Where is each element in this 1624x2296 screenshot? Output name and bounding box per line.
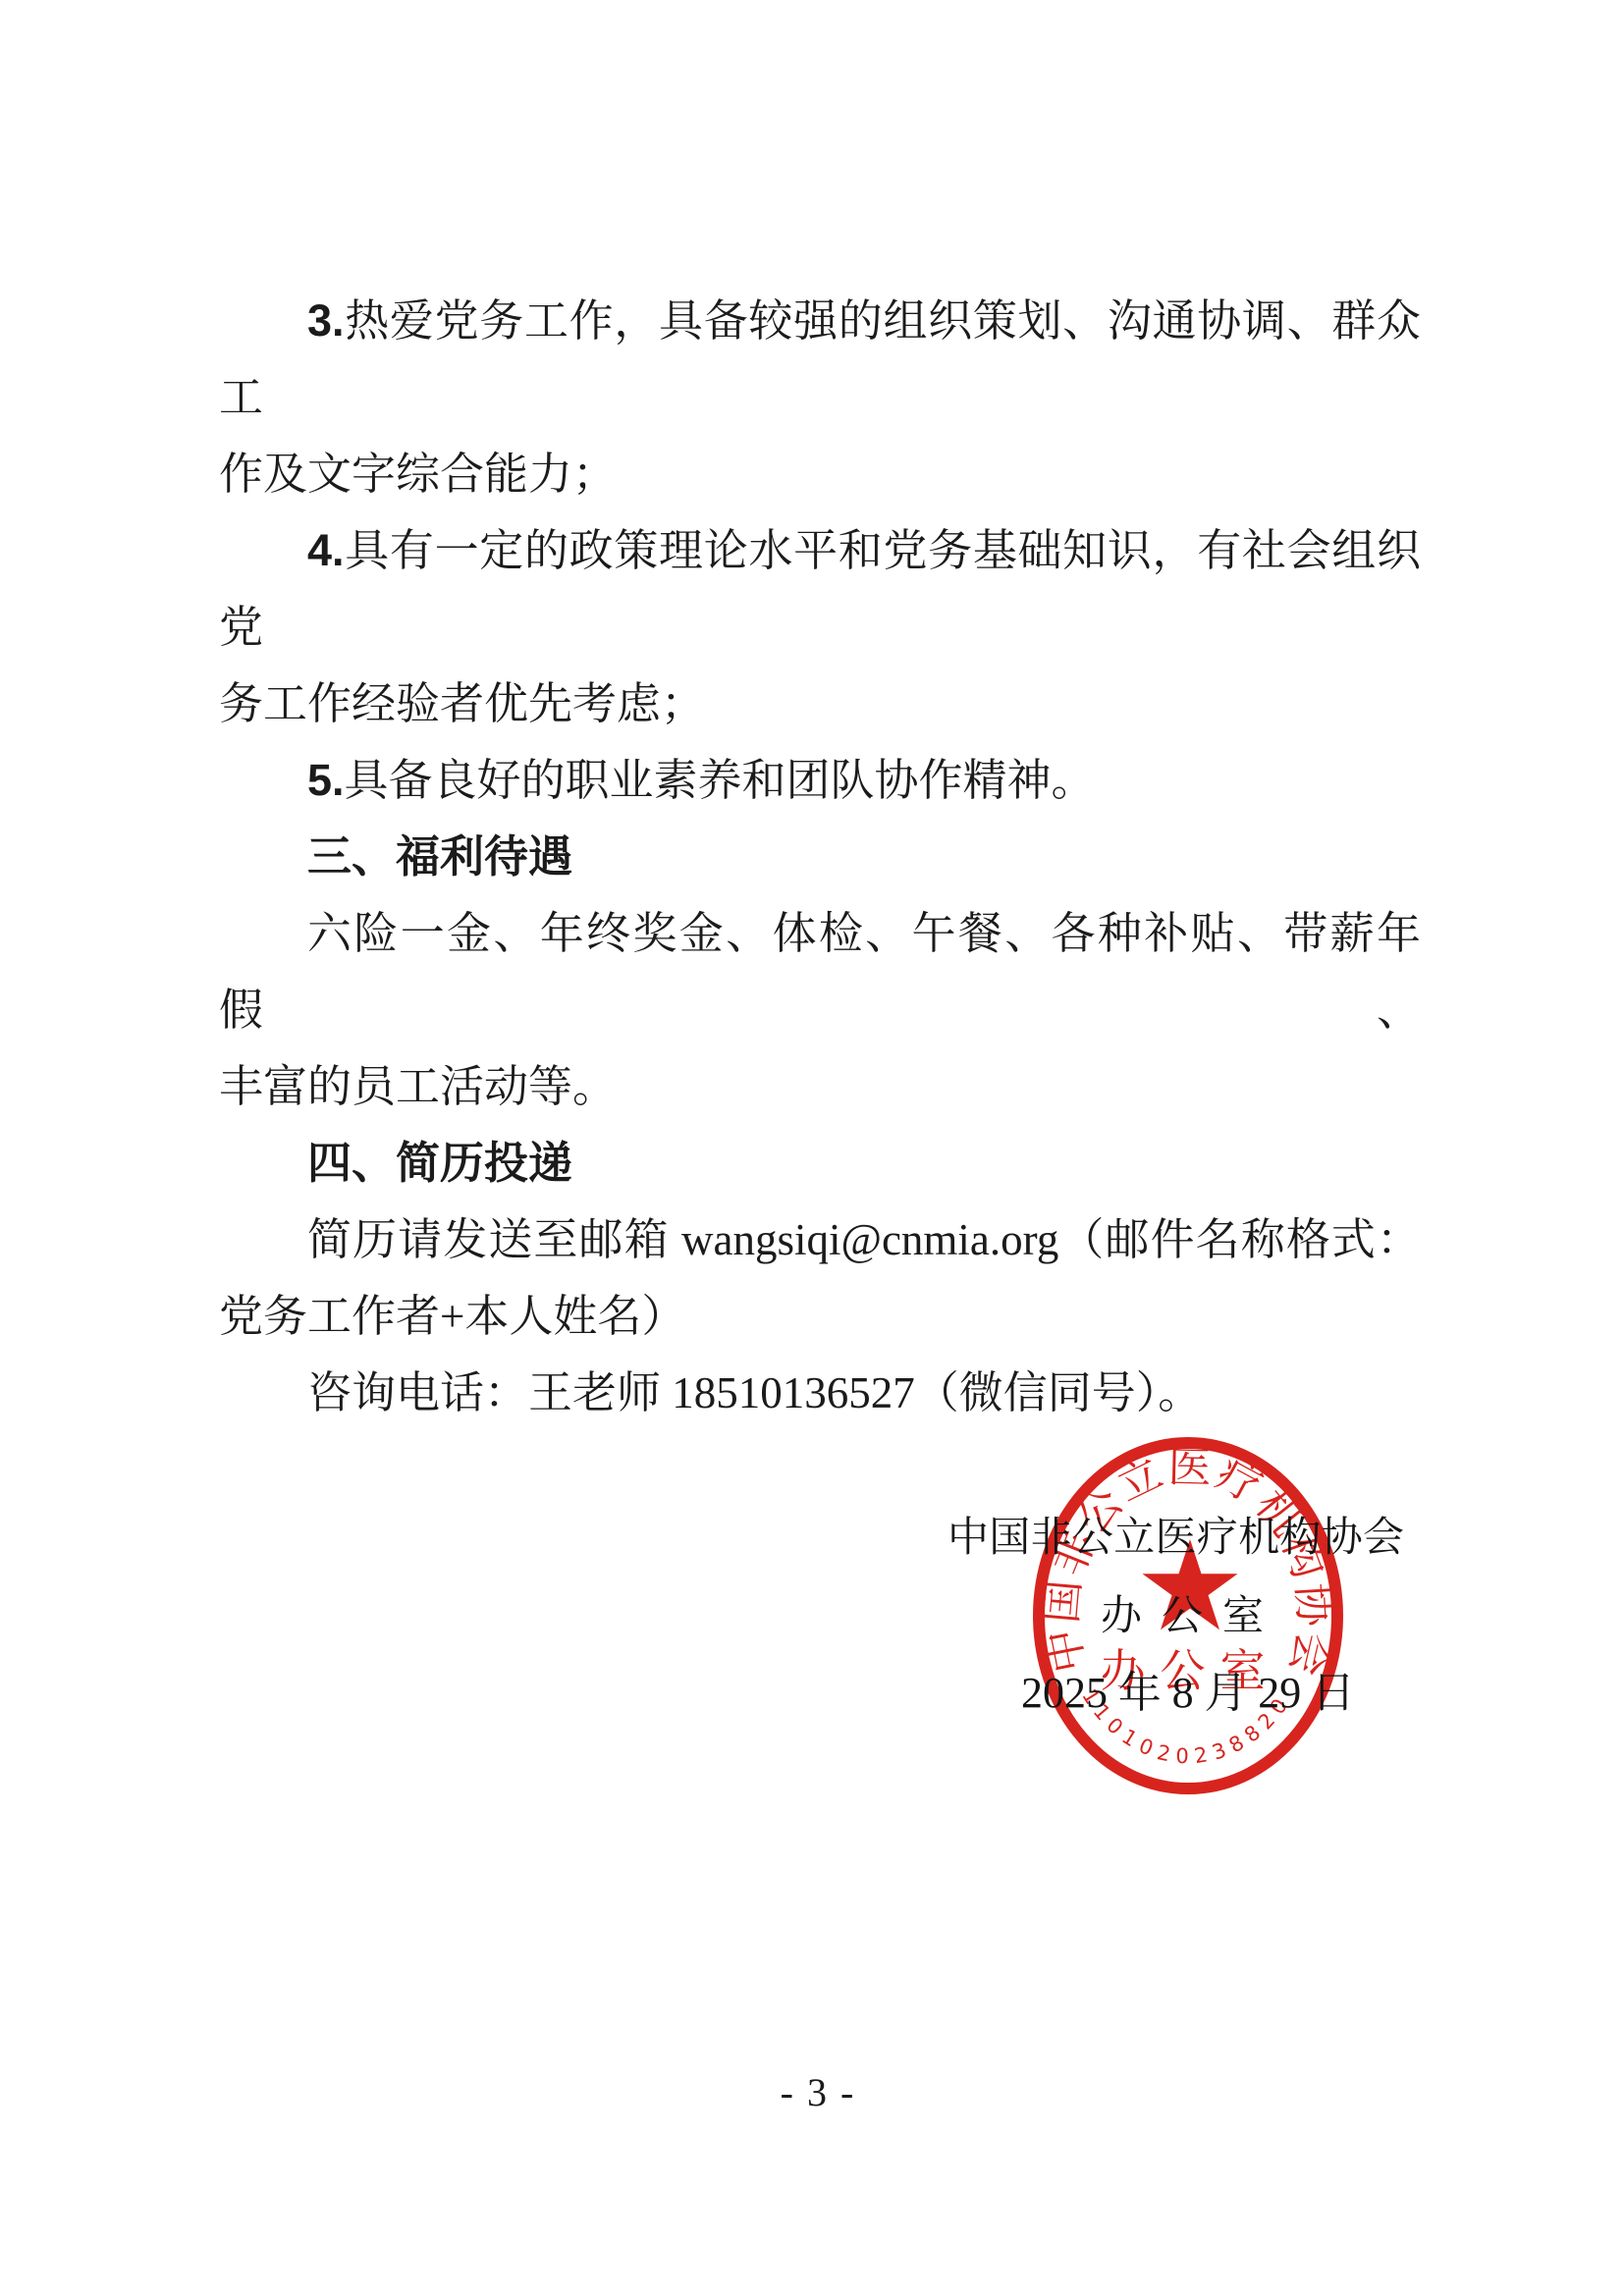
body-line-text: 作及文字综合能力； xyxy=(219,450,617,499)
body-line: 5.具备良好的职业素养和团队协作精神。 xyxy=(219,742,1421,819)
list-number: 4. xyxy=(307,525,345,575)
section-heading-welfare: 三、福利待遇 xyxy=(219,819,1421,895)
date-part: 2025 xyxy=(1021,1667,1108,1720)
page-number: - 3 - xyxy=(744,2069,892,2116)
body-line-text: 具备良好的职业素养和团队协作精神。 xyxy=(345,756,1096,805)
body-line: 党务工作者+本人姓名） xyxy=(219,1278,1421,1355)
signature-office: 办 公 室 xyxy=(1101,1592,1264,1641)
body-line: 咨询电话：王老师 18510136527（微信同号）。 xyxy=(219,1355,1421,1431)
date-part: 年 xyxy=(1118,1667,1162,1720)
signature-office-char: 公 xyxy=(1162,1592,1203,1641)
heading-text: 三、福利待遇 xyxy=(307,831,572,881)
body-line-text: 热爱党务工作，具备较强的组织策划、沟通协调、群众工 xyxy=(219,296,1421,422)
body-line: 4.具有一定的政策理论水平和党务基础知识，有社会组织党 xyxy=(219,512,1421,666)
body-line: 3.热爱党务工作，具备较强的组织策划、沟通协调、群众工 xyxy=(219,283,1421,436)
date-part: 日 xyxy=(1312,1667,1355,1720)
body-line: 简历请发送至邮箱 wangsiqi@cnmia.org（邮件名称格式： xyxy=(219,1201,1421,1278)
body-line-text: 党务工作者+本人姓名） xyxy=(219,1292,685,1341)
list-number: 5. xyxy=(307,755,345,805)
section-heading-resume: 四、简历投递 xyxy=(219,1125,1421,1201)
body-line-text: 丰富的员工活动等。 xyxy=(219,1062,617,1111)
list-number: 3. xyxy=(307,295,345,346)
body-line-text: 简历请发送至邮箱 wangsiqi@cnmia.org（邮件名称格式： xyxy=(307,1215,1421,1264)
signature-office-char: 办 xyxy=(1101,1592,1142,1641)
signature-org: 中国非公立医疗机构协会 xyxy=(947,1514,1404,1563)
body-line-text: 务工作经验者优先考虑； xyxy=(219,679,705,728)
heading-text: 四、简历投递 xyxy=(307,1138,572,1188)
body-line-text: 咨询电话：王老师 18510136527（微信同号）。 xyxy=(307,1368,1202,1417)
body-line: 丰富的员工活动等。 xyxy=(219,1048,1421,1125)
signature-office-char: 室 xyxy=(1222,1592,1264,1641)
body-line: 作及文字综合能力； xyxy=(219,436,1421,512)
date-part: 月 xyxy=(1204,1667,1247,1720)
date-part: 29 xyxy=(1258,1667,1301,1720)
document-page: 3.热爱党务工作，具备较强的组织策划、沟通协调、群众工 作及文字综合能力； 4.… xyxy=(0,0,1624,2296)
body-text: 3.热爱党务工作，具备较强的组织策划、沟通协调、群众工 作及文字综合能力； 4.… xyxy=(219,283,1421,1431)
date-part: 8 xyxy=(1172,1667,1194,1720)
body-line-text: 六险一金、年终奖金、体检、午餐、各种补贴、带薪年假、 xyxy=(219,909,1421,1035)
body-line-text: 具有一定的政策理论水平和党务基础知识，有社会组织党 xyxy=(219,526,1421,652)
body-line: 务工作经验者优先考虑； xyxy=(219,666,1421,742)
body-line: 六险一金、年终奖金、体检、午餐、各种补贴、带薪年假、 xyxy=(219,895,1421,1048)
signature-date: 2025 年 8 月 29 日 xyxy=(1021,1667,1355,1720)
